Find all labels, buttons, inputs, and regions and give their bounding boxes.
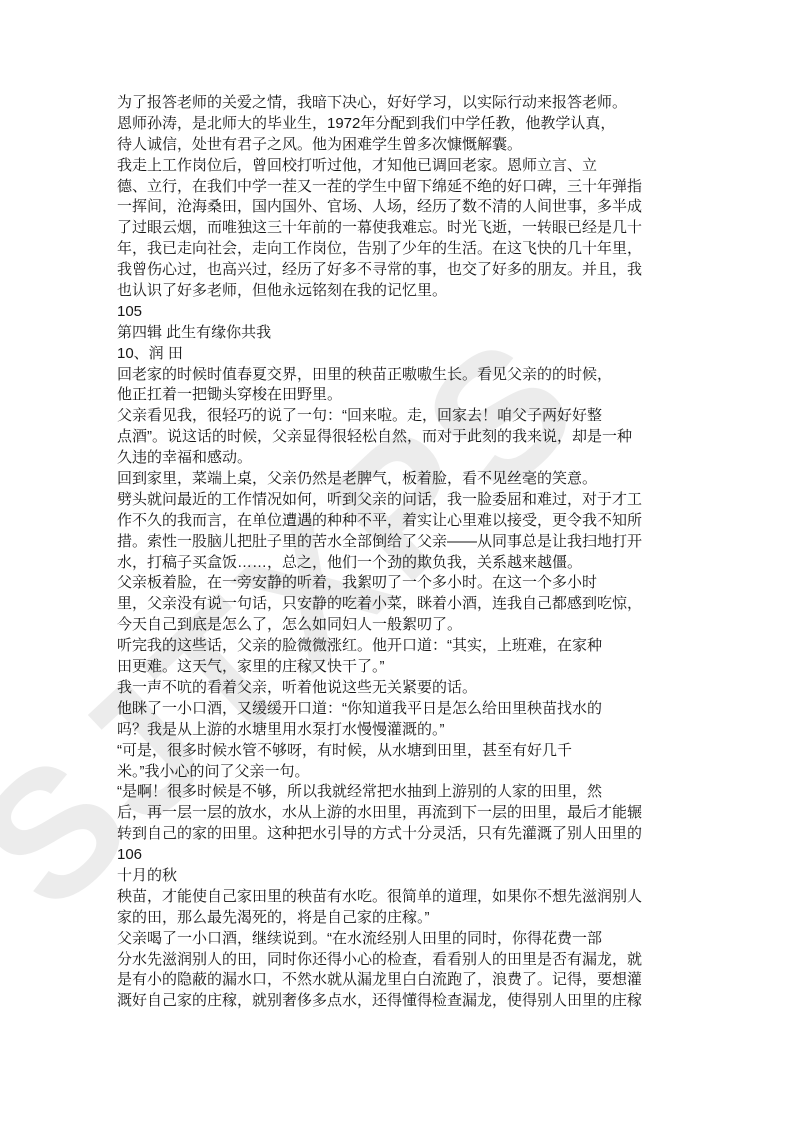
text-line: 作不久的我而言，在单位遭遇的种种不平，着实让心里难以接受，更令我不知所	[117, 511, 642, 532]
text-line: 也认识了好多老师，但他永远铭刻在我的记忆里。	[117, 281, 642, 302]
text-line: 秧苗，才能使自己家田里的秧苗有水吃。很简单的道理，如果你不想先滋润别人	[117, 887, 642, 908]
chapter-title: 10、润 田	[117, 344, 642, 365]
text-line: 为了报答老师的关爱之情，我暗下决心，好好学习，以实际行动来报答老师。	[117, 93, 642, 114]
text-line: 措。索性一股脑儿把肚子里的苦水全部倒给了父亲——从同事总是让我扫地打开	[117, 532, 642, 553]
text-line: 水，打稿子买盒饭……，总之，他们一个劲的欺负我，关系越来越僵。	[117, 553, 642, 574]
text-line: 回到家里，菜端上桌，父亲仍然是老脾气，板着脸，看不见丝毫的笑意。	[117, 469, 642, 490]
text-line: 我走上工作岗位后，曾回校打听过他，才知他已调回老家。恩师立言、立	[117, 156, 642, 177]
text-line: 听完我的这些话，父亲的脸微微涨红。他开口道：“其实，上班难，在家种	[117, 636, 642, 657]
text-line: 点酒”。说这话的时候，父亲显得很轻松自然，而对于此刻的我来说，却是一种	[117, 427, 642, 448]
text-line: 我一声不吭的看着父亲，听着他说这些无关紧要的话。	[117, 678, 642, 699]
text-line: 分水先滋润别人的田，同时你还得小心的检查，看看别人的田里是否有漏龙，就	[117, 950, 642, 971]
text-line: 德、立行，在我们中学一茬又一茬的学生中留下绵延不绝的好口碑，三十年弹指	[117, 177, 642, 198]
running-head: 十月的秋	[117, 866, 642, 887]
document-page: SJTXPS 为了报答老师的关爱之情，我暗下决心，好好学习，以实际行动来报答老师…	[0, 0, 793, 1122]
text-line: “是啊！很多时候是不够，所以我就经常把水抽到上游别的人家的田里，然	[117, 782, 642, 803]
text-line: 劈头就问最近的工作情况如何，听到父亲的问话，我一脸委屈和难过，对于才工	[117, 490, 642, 511]
text-line: 家的田，那么最先渴死的，将是自己家的庄稼。”	[117, 908, 642, 929]
text-line: 父亲板着脸，在一旁安静的听着，我絮叨了一个多小时。在这一个多小时	[117, 573, 642, 594]
text-line: 后，再一层一层的放水，水从上游的水田里，再流到下一层的田里，最后才能辗	[117, 803, 642, 824]
text-line: 是有小的隐蔽的漏水口，不然水就从漏龙里白白流跑了，浪费了。记得，要想灌	[117, 970, 642, 991]
section-heading: 第四辑 此生有缘你共我	[117, 323, 642, 344]
text-line: 久违的幸福和感动。	[117, 448, 642, 469]
text-line: 年，我已走向社会，走向工作岗位，告别了少年的生活。在这飞快的几十年里，	[117, 239, 642, 260]
text-line: 他眯了一小口酒，又缓缓开口道：“你知道我平日是怎么给田里秧苗找水的	[117, 699, 642, 720]
text-line: 父亲看见我，很轻巧的说了一句：“回来啦。走，回家去！咱父子两好好整	[117, 406, 642, 427]
text-line: 转到自己的家的田里。这种把水引导的方式十分灵活，只有先灌溉了别人田里的	[117, 824, 642, 845]
text-line: 恩师孙涛，是北师大的毕业生，1972年分配到我们中学任教，他教学认真，	[117, 114, 642, 135]
page-text: 为了报答老师的关爱之情，我暗下决心，好好学习，以实际行动来报答老师。 恩师孙涛，…	[117, 93, 642, 1012]
text-line: 米。”我小心的问了父亲一句。	[117, 762, 642, 783]
text-line: 回老家的时候时值春夏交界，田里的秧苗正嗷嗷生长。看见父亲的的时候，	[117, 365, 642, 386]
text-line: 我曾伤心过，也高兴过，经历了好多不寻常的事，也交了好多的朋友。并且，我	[117, 260, 642, 281]
text-line: 今天自己到底是怎么了，怎么如同妇人一般絮叨了。	[117, 615, 642, 636]
text-line: “可是，很多时候水管不够呀，有时候，从水塘到田里，甚至有好几千	[117, 741, 642, 762]
text-line: 里，父亲没有说一句话，只安静的吃着小菜，眯着小酒，连我自己都感到吃惊，	[117, 594, 642, 615]
text-line: 他正扛着一把锄头穿梭在田野里。	[117, 385, 642, 406]
page-number: 105	[117, 302, 642, 323]
text-line: 一挥间，沧海桑田，国内国外、官场、人场，经历了数不清的人间世事，多半成	[117, 197, 642, 218]
text-line: 待人诚信，处世有君子之风。他为困难学生曾多次慷慨解囊。	[117, 135, 642, 156]
text-line: 父亲喝了一小口酒，继续说到。“在水流经别人田里的同时，你得花费一部	[117, 929, 642, 950]
text-line: 溉好自己家的庄稼，就别奢侈多点水，还得懂得检查漏龙，使得别人田里的庄稼	[117, 991, 642, 1012]
text-line: 了过眼云烟，而唯独这三十年前的一幕使我难忘。时光飞逝，一转眼已经是几十	[117, 218, 642, 239]
text-line: 吗？我是从上游的水塘里用水泵打水慢慢灌溉的。”	[117, 720, 642, 741]
text-line: 田更难。这天气，家里的庄稼又快干了。”	[117, 657, 642, 678]
page-number: 106	[117, 845, 642, 866]
